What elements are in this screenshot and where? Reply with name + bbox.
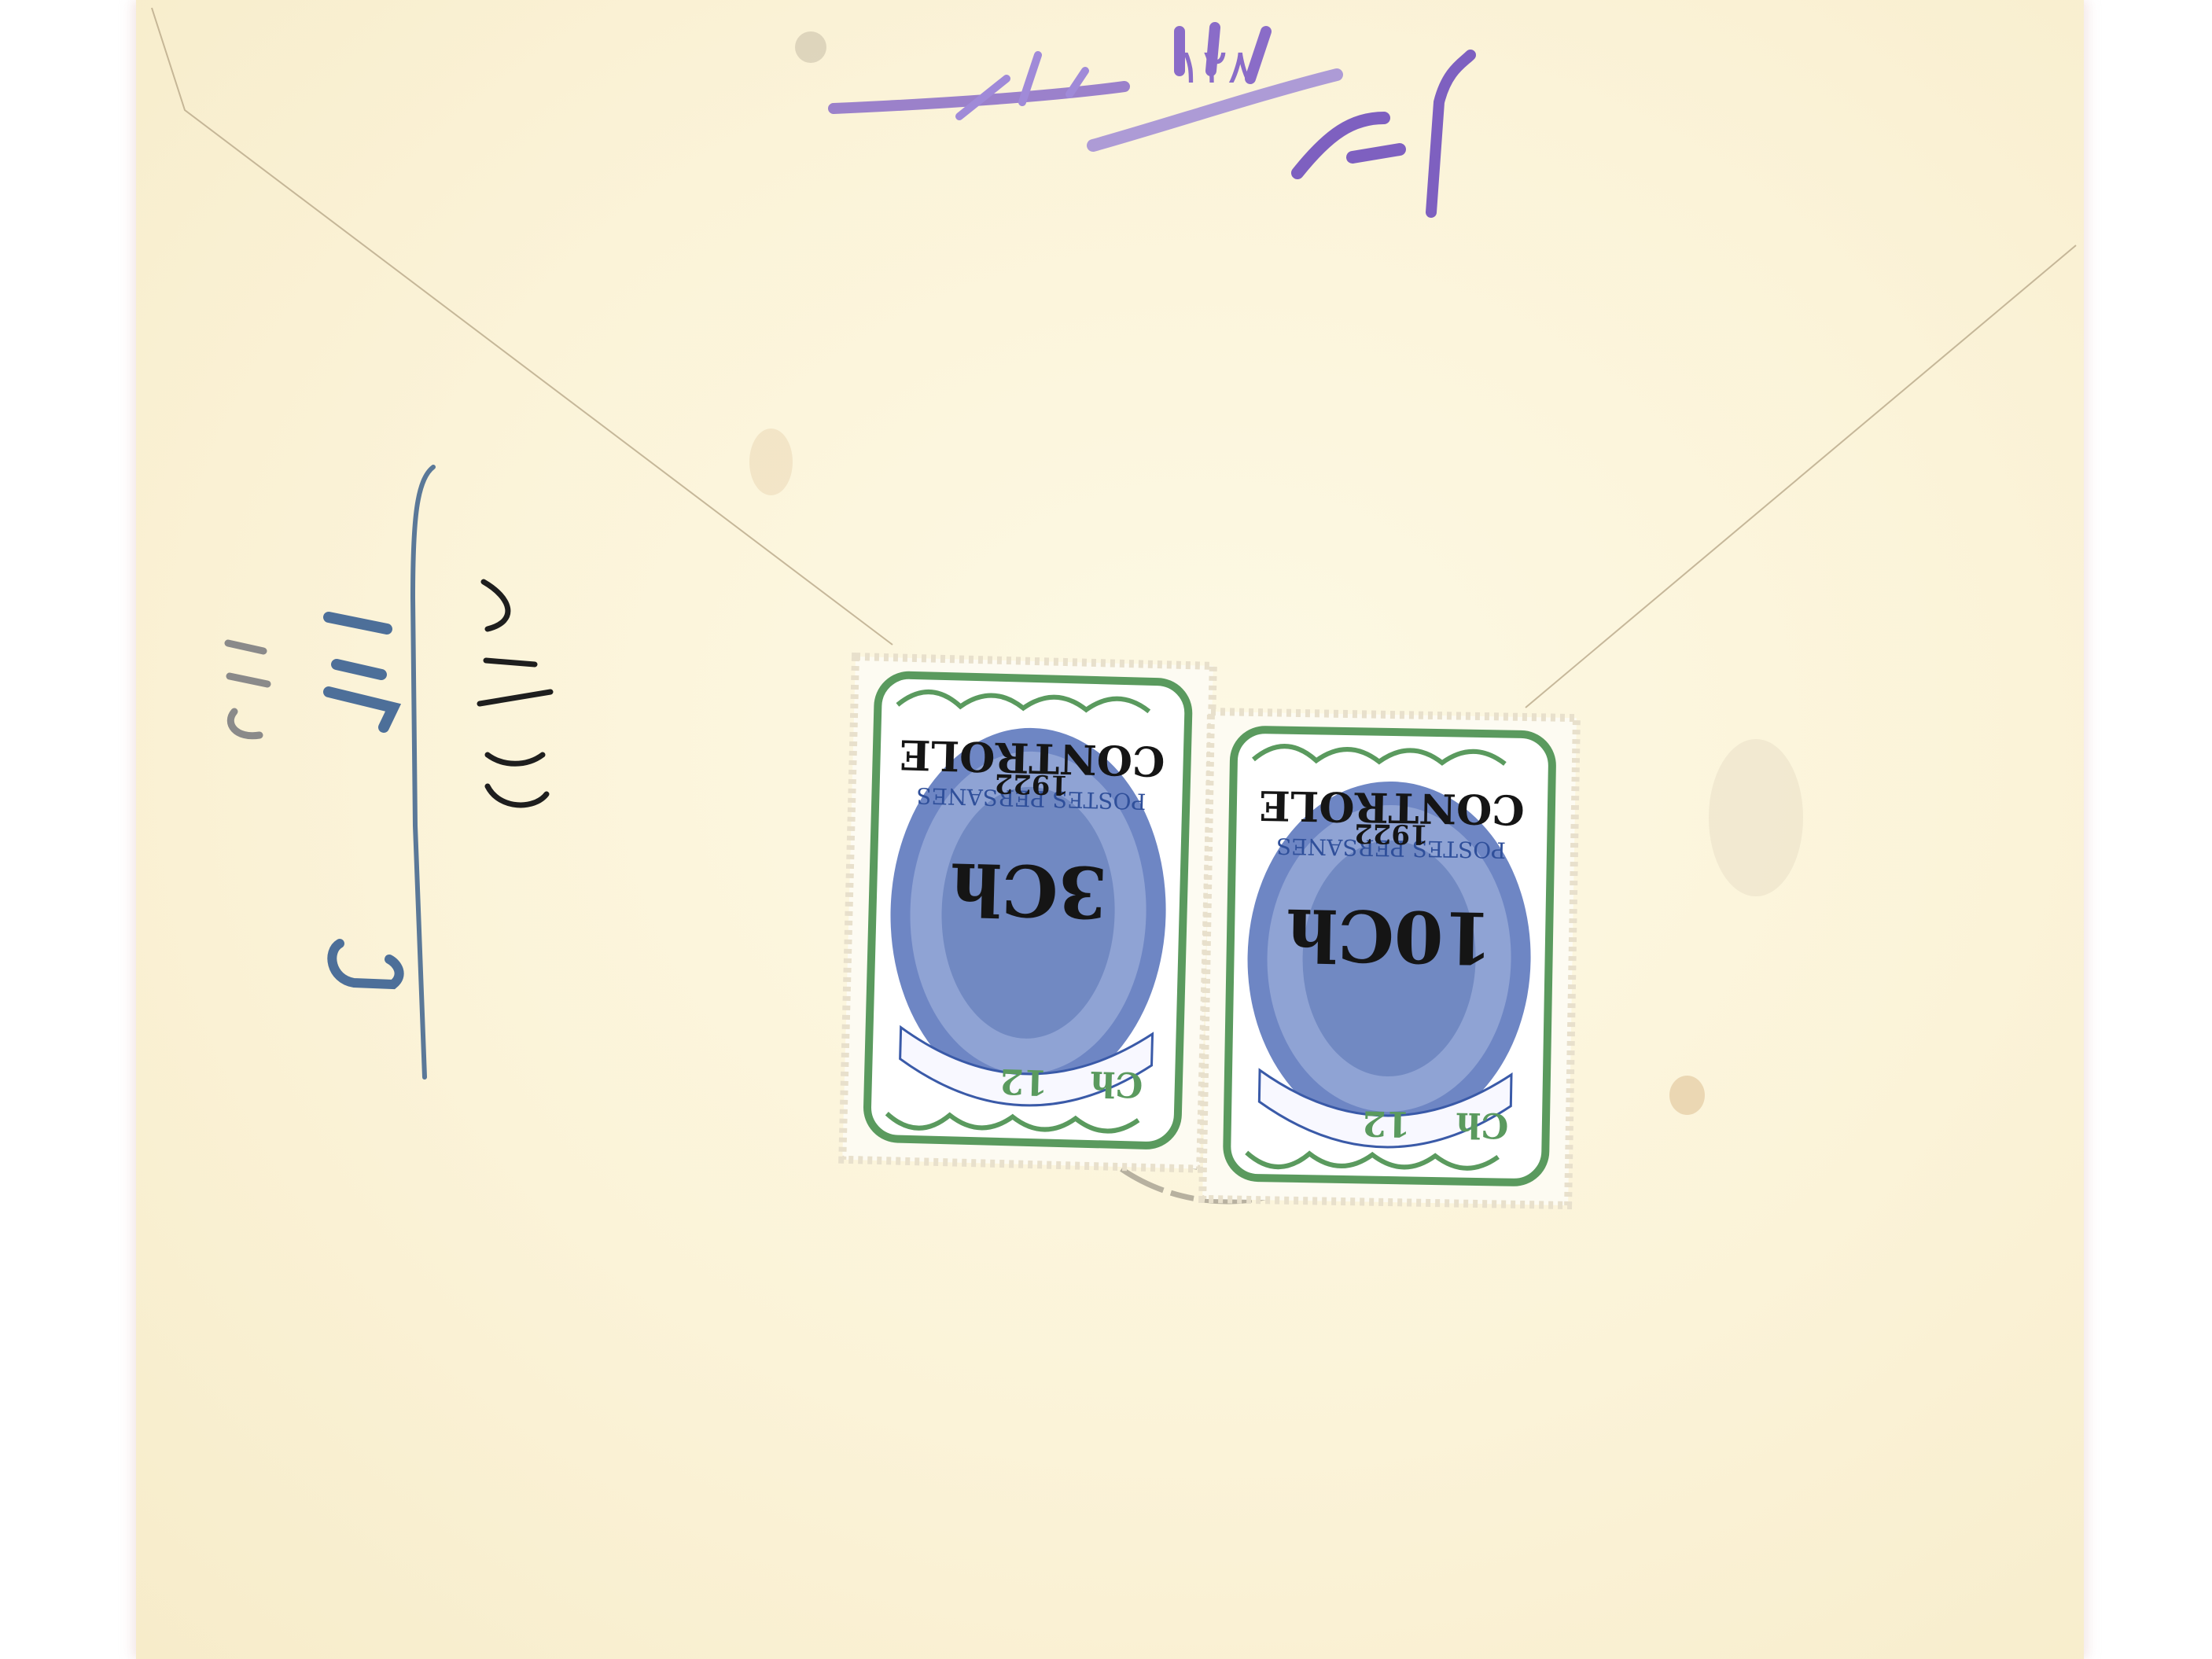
envelope-drawing: ۱۲۸ 12 Ch POSTES PERSANES CONTROLE	[0, 0, 2212, 1659]
stamp-right: 12 Ch POSTES PERSANES CONTROLE 1922 10Ch	[1202, 712, 1577, 1205]
flap-fold-lines	[152, 8, 2076, 708]
left-handwriting	[228, 467, 550, 1077]
stamp-value: 12	[999, 1061, 1049, 1102]
stamp-overprint-year: 1922	[1354, 817, 1429, 850]
stamp-unit: Ch	[1090, 1063, 1143, 1105]
stamp-overprint-year: 1922	[994, 767, 1069, 800]
stamp-value: 12	[1362, 1102, 1411, 1143]
stamp-unit: Ch	[1456, 1105, 1509, 1146]
stamp-left: 12 Ch POSTES PERSANES CONTROLE 1922 3Ch	[842, 657, 1213, 1169]
stamp-surcharge: 10Ch	[1286, 892, 1493, 980]
purple-inscription: ۱۲۸	[834, 28, 1470, 212]
stamp-surcharge: 3Ch	[949, 846, 1108, 933]
inscription-numeral: ۱۲۸	[1177, 39, 1253, 94]
stamp-pair: 12 Ch POSTES PERSANES CONTROLE 1922 3Ch …	[842, 657, 1577, 1205]
